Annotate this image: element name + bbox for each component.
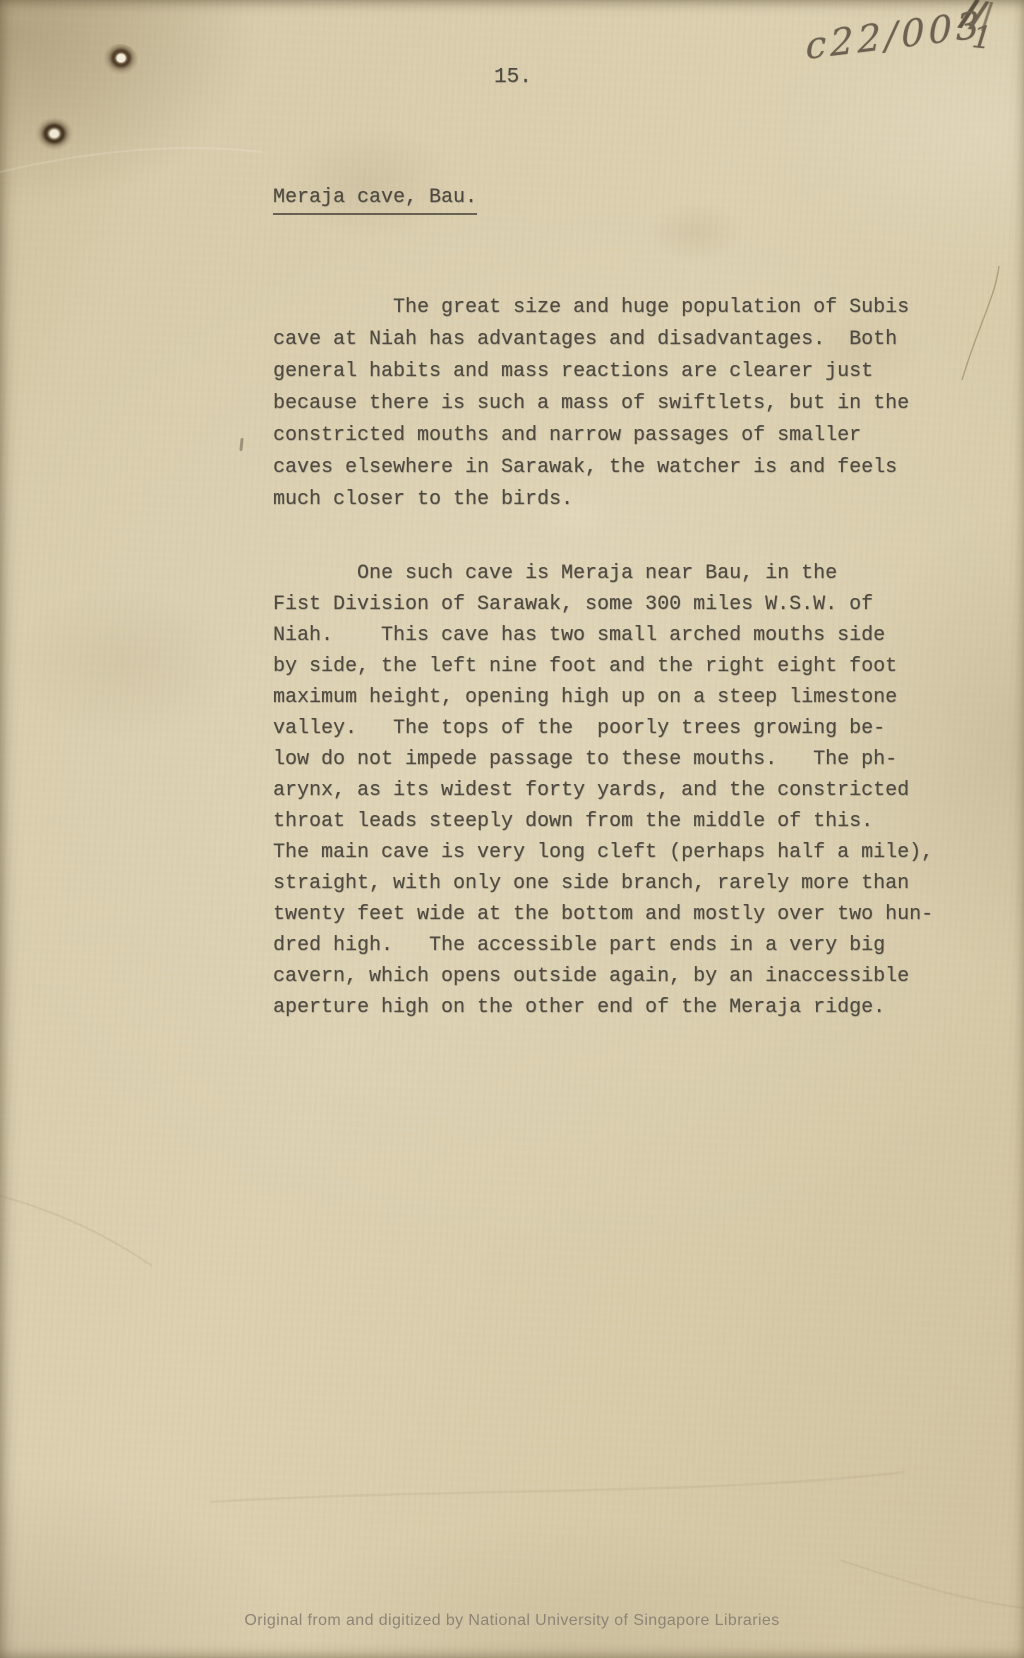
handwritten-page-index: 1 xyxy=(970,19,993,57)
document-heading: Meraja cave, Bau. xyxy=(273,186,477,215)
page-number: 15. xyxy=(494,66,532,89)
paragraph-meraja-cave: One such cave is Meraja near Bau, in the… xyxy=(273,558,933,1023)
paragraph-subis-cave: The great size and huge population of Su… xyxy=(273,292,909,516)
scanned-document-page: c22/003 1 15. Meraja cave, Bau. The grea… xyxy=(0,0,1024,1658)
digitization-credit: Original from and digitized by National … xyxy=(0,1612,1024,1630)
